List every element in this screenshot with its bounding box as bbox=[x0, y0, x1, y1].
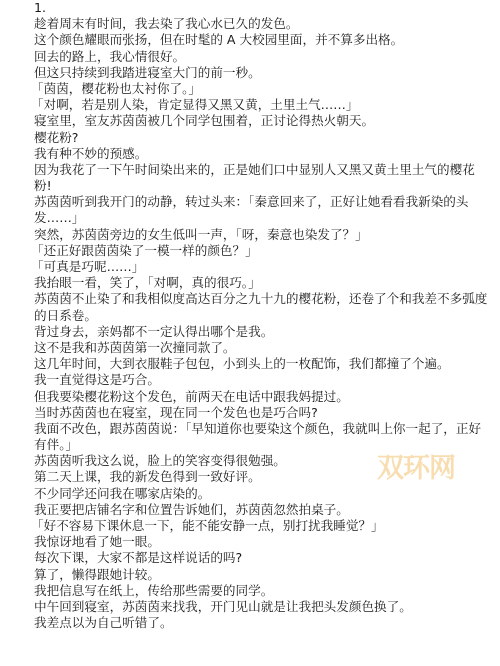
text-line: 我惊讶地看了她一眼。 bbox=[34, 534, 474, 550]
text-line: 我面不改色，跟苏茵茵说：「早知道你也要染这个颜色，我就叫上你一起了，正好 bbox=[34, 421, 474, 437]
text-line: 每次下课，大家不都是这样说话的吗? bbox=[34, 550, 474, 566]
text-line: 苏茵茵听我这么说，脸上的笑容变得很勉强。 bbox=[34, 453, 474, 469]
text-line: 粉! bbox=[34, 178, 474, 194]
text-line: 因为我花了一下午时间染出来的，正是她们口中显别人又黑又黄土里土气的樱花 bbox=[34, 162, 474, 178]
text-line: 这不是我和苏茵茵第一次撞同款了。 bbox=[34, 340, 474, 356]
text-line: 发……」 bbox=[34, 210, 474, 226]
text-line: 第二天上课，我的新发色得到一致好评。 bbox=[34, 469, 474, 485]
text-line: 突然，苏茵茵旁边的女生低叫一声，「呀，秦意也染发了？」 bbox=[34, 227, 474, 243]
text-line: 但我要染樱花粉这个发色，前两天在电话中跟我妈提过。 bbox=[34, 389, 474, 405]
text-line: 苏茵茵不止染了和我相似度高达百分之九十九的樱花粉，还卷了个和我差不多弧度 bbox=[34, 291, 474, 307]
text-line: 中午回到寝室，苏茵茵来找我，开门见山就是让我把头发颜色换了。 bbox=[34, 599, 474, 615]
text-line: 我把信息写在纸上，传给那些需要的同学。 bbox=[34, 583, 474, 599]
dialogue-line: 「可真是巧呢……」 bbox=[31, 259, 474, 275]
text-line: 寝室里，室友苏茵茵被几个同学包围着，正讨论得热火朝天。 bbox=[34, 113, 474, 129]
document-body: 1. 趁着周末有时间，我去染了我心水已久的发色。 这个颜色耀眼而张扬，但在时髦的… bbox=[34, 0, 474, 631]
text-line: 我差点以为自己听错了。 bbox=[34, 615, 474, 631]
dialogue-line: 「还正好跟茵茵染了一模一样的颜色？」 bbox=[31, 243, 474, 259]
text-line: 趁着周末有时间，我去染了我心水已久的发色。 bbox=[34, 16, 474, 32]
text-line: 有伴。」 bbox=[34, 437, 474, 453]
text-line: 樱花粉? bbox=[34, 130, 474, 146]
text-line: 我抬眼一看，笑了，「对啊，真的很巧。」 bbox=[34, 275, 474, 291]
text-line: 我有种不妙的预感。 bbox=[34, 146, 474, 162]
text-line: 的日系卷。 bbox=[34, 308, 474, 324]
text-line: 当时苏茵茵也在寝室，现在同一个发色也是巧合吗? bbox=[34, 405, 474, 421]
dialogue-line: 「茵茵，樱花粉也太衬你了。」 bbox=[31, 81, 474, 97]
text-line: 算了，懒得跟她计较。 bbox=[34, 567, 474, 583]
dialogue-line: 「好不容易下课休息一下，能不能安静一点，别打扰我睡觉？」 bbox=[31, 518, 474, 534]
text-line: 这几年时间，大到衣服鞋子包包，小到头上的一枚配饰，我们都撞了个遍。 bbox=[34, 356, 474, 372]
text-line: 苏茵茵听到我开门的动静，转过头来：「秦意回来了，正好让她看看我新染的头 bbox=[34, 194, 474, 210]
text-line: 这个颜色耀眼而张扬，但在时髦的 A 大校园里面，并不算多出格。 bbox=[34, 32, 474, 48]
text-line: 我一直觉得这是巧合。 bbox=[34, 372, 474, 388]
text-line: 但这只持续到我踏进寝室大门的前一秒。 bbox=[34, 65, 474, 81]
text-line: 回去的路上，我心情很好。 bbox=[34, 49, 474, 65]
text-line: 我正要把店铺名字和位置告诉她们，苏茵茵忽然拍桌子。 bbox=[34, 502, 474, 518]
dialogue-line: 「对啊，若是别人染，肯定显得又黑又黄，土里土气……」 bbox=[31, 97, 474, 113]
text-line: 背过身去，亲妈都不一定认得出哪个是我。 bbox=[34, 324, 474, 340]
text-line: 不少同学还问我在哪家店染的。 bbox=[34, 486, 474, 502]
text-line: 1. bbox=[34, 0, 474, 16]
